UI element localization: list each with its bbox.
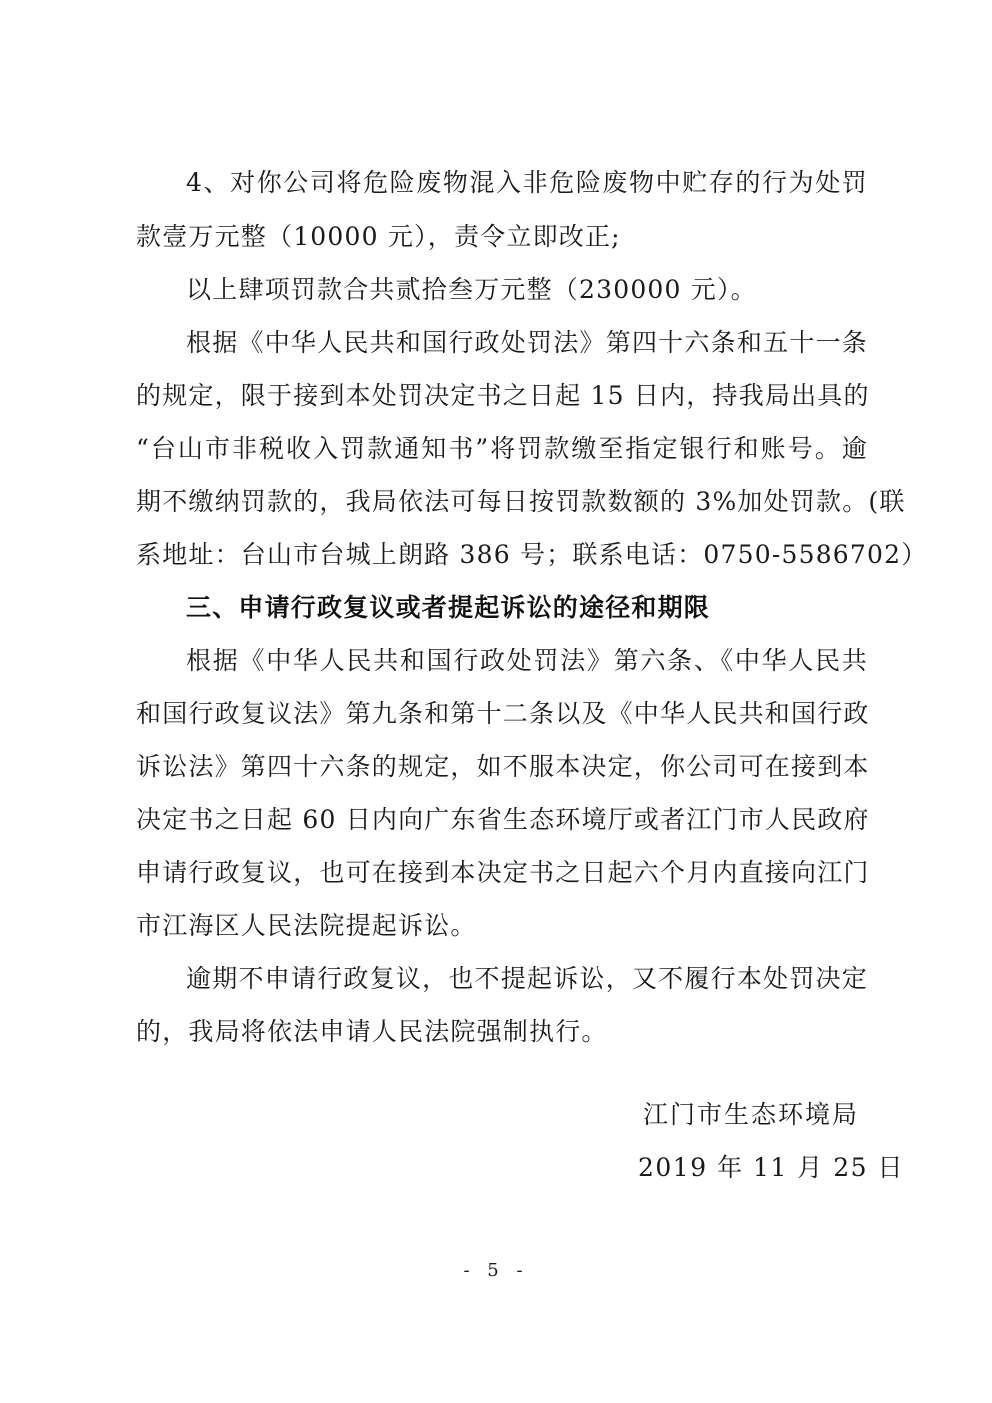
paragraph-review-line-5: 申请行政复议，也可在接到本决定书之日起六个月内直接向江门 [136,858,868,888]
page-number: - 5 - [0,1259,992,1283]
paragraph-payment-line-5: 系地址：台山市台城上朗路 386 号；联系电话：0750-5586702） [136,540,868,570]
signature-date: 2019 年 11 月 25 日 [638,1153,904,1183]
paragraph-review-line-1: 根据《中华人民共和国行政处罚法》第六条、《中华人民共 [186,646,868,676]
section-heading: 三、申请行政复议或者提起诉讼的途径和期限 [186,593,868,623]
paragraph-review-line-2: 和国行政复议法》第九条和第十二条以及《中华人民共和国行政 [136,699,868,729]
paragraph-review-line-6: 市江海区人民法院提起诉讼。 [136,911,868,941]
paragraph-payment-line-4: 期不缴纳罚款的，我局依法可每日按罚款数额的 3%加处罚款。(联 [136,487,868,517]
paragraph-enforcement-line-2: 的，我局将依法申请人民法院强制执行。 [136,1017,868,1047]
document-page: 4、对你公司将危险废物混入非危险废物中贮存的行为处罚 款壹万元整（10000 元… [0,0,992,1403]
paragraph-enforcement-line-1: 逾期不申请行政复议，也不提起诉讼，又不履行本处罚决定 [186,964,868,994]
signature-authority: 江门市生态环境局 [643,1100,859,1130]
paragraph-review-line-3: 诉讼法》第四十六条的规定，如不服本决定，你公司可在接到本 [136,752,868,782]
paragraph-payment-line-2: 的规定，限于接到本处罚决定书之日起 15 日内，持我局出具的 [136,381,868,411]
paragraph-item-4-line-1: 4、对你公司将危险废物混入非危险废物中贮存的行为处罚 [186,168,868,198]
paragraph-payment-line-3: “台山市非税收入罚款通知书”将罚款缴至指定银行和账号。逾 [136,434,868,464]
paragraph-review-line-4: 决定书之日起 60 日内向广东省生态环境厅或者江门市人民政府 [136,805,868,835]
paragraph-total: 以上肆项罚款合共贰拾叁万元整（230000 元）。 [186,275,868,305]
paragraph-payment-line-1: 根据《中华人民共和国行政处罚法》第四十六条和五十一条 [186,328,868,358]
paragraph-item-4-line-2: 款壹万元整（10000 元），责令立即改正; [136,222,868,252]
